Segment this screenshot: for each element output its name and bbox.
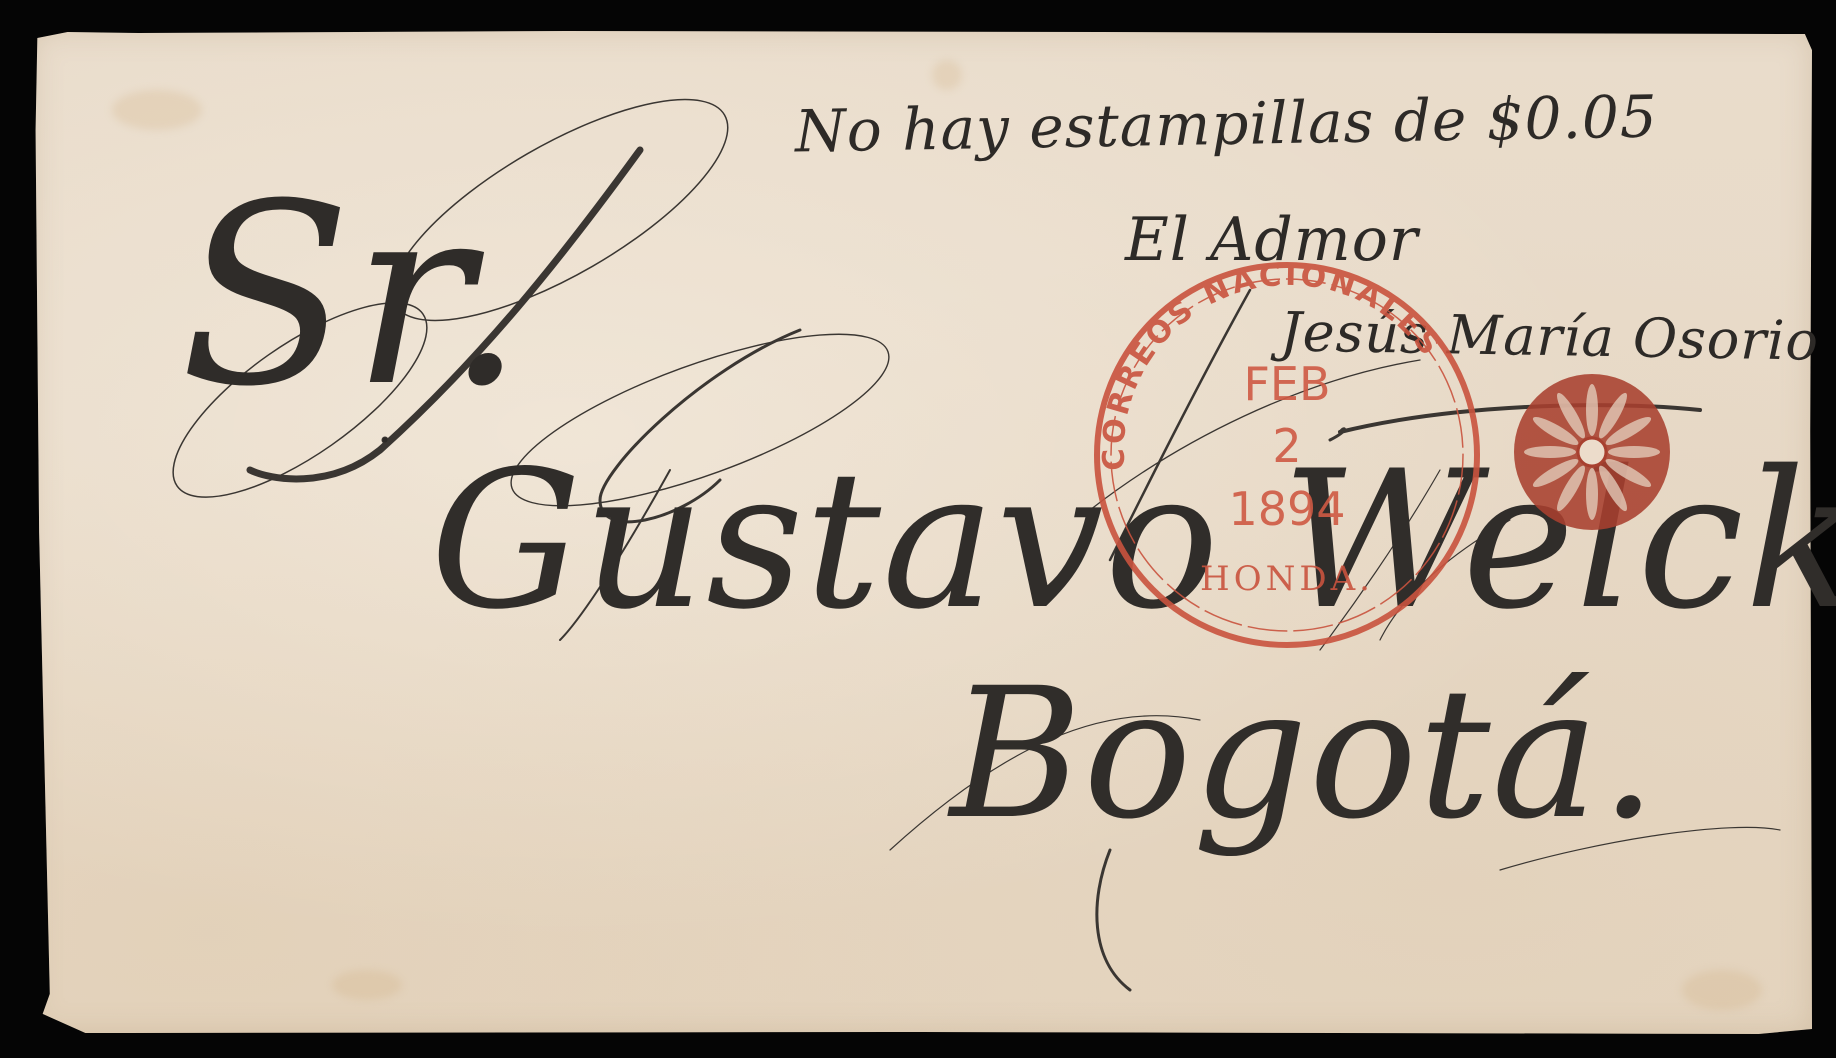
- rosette-cancel-icon: [0, 0, 1836, 1058]
